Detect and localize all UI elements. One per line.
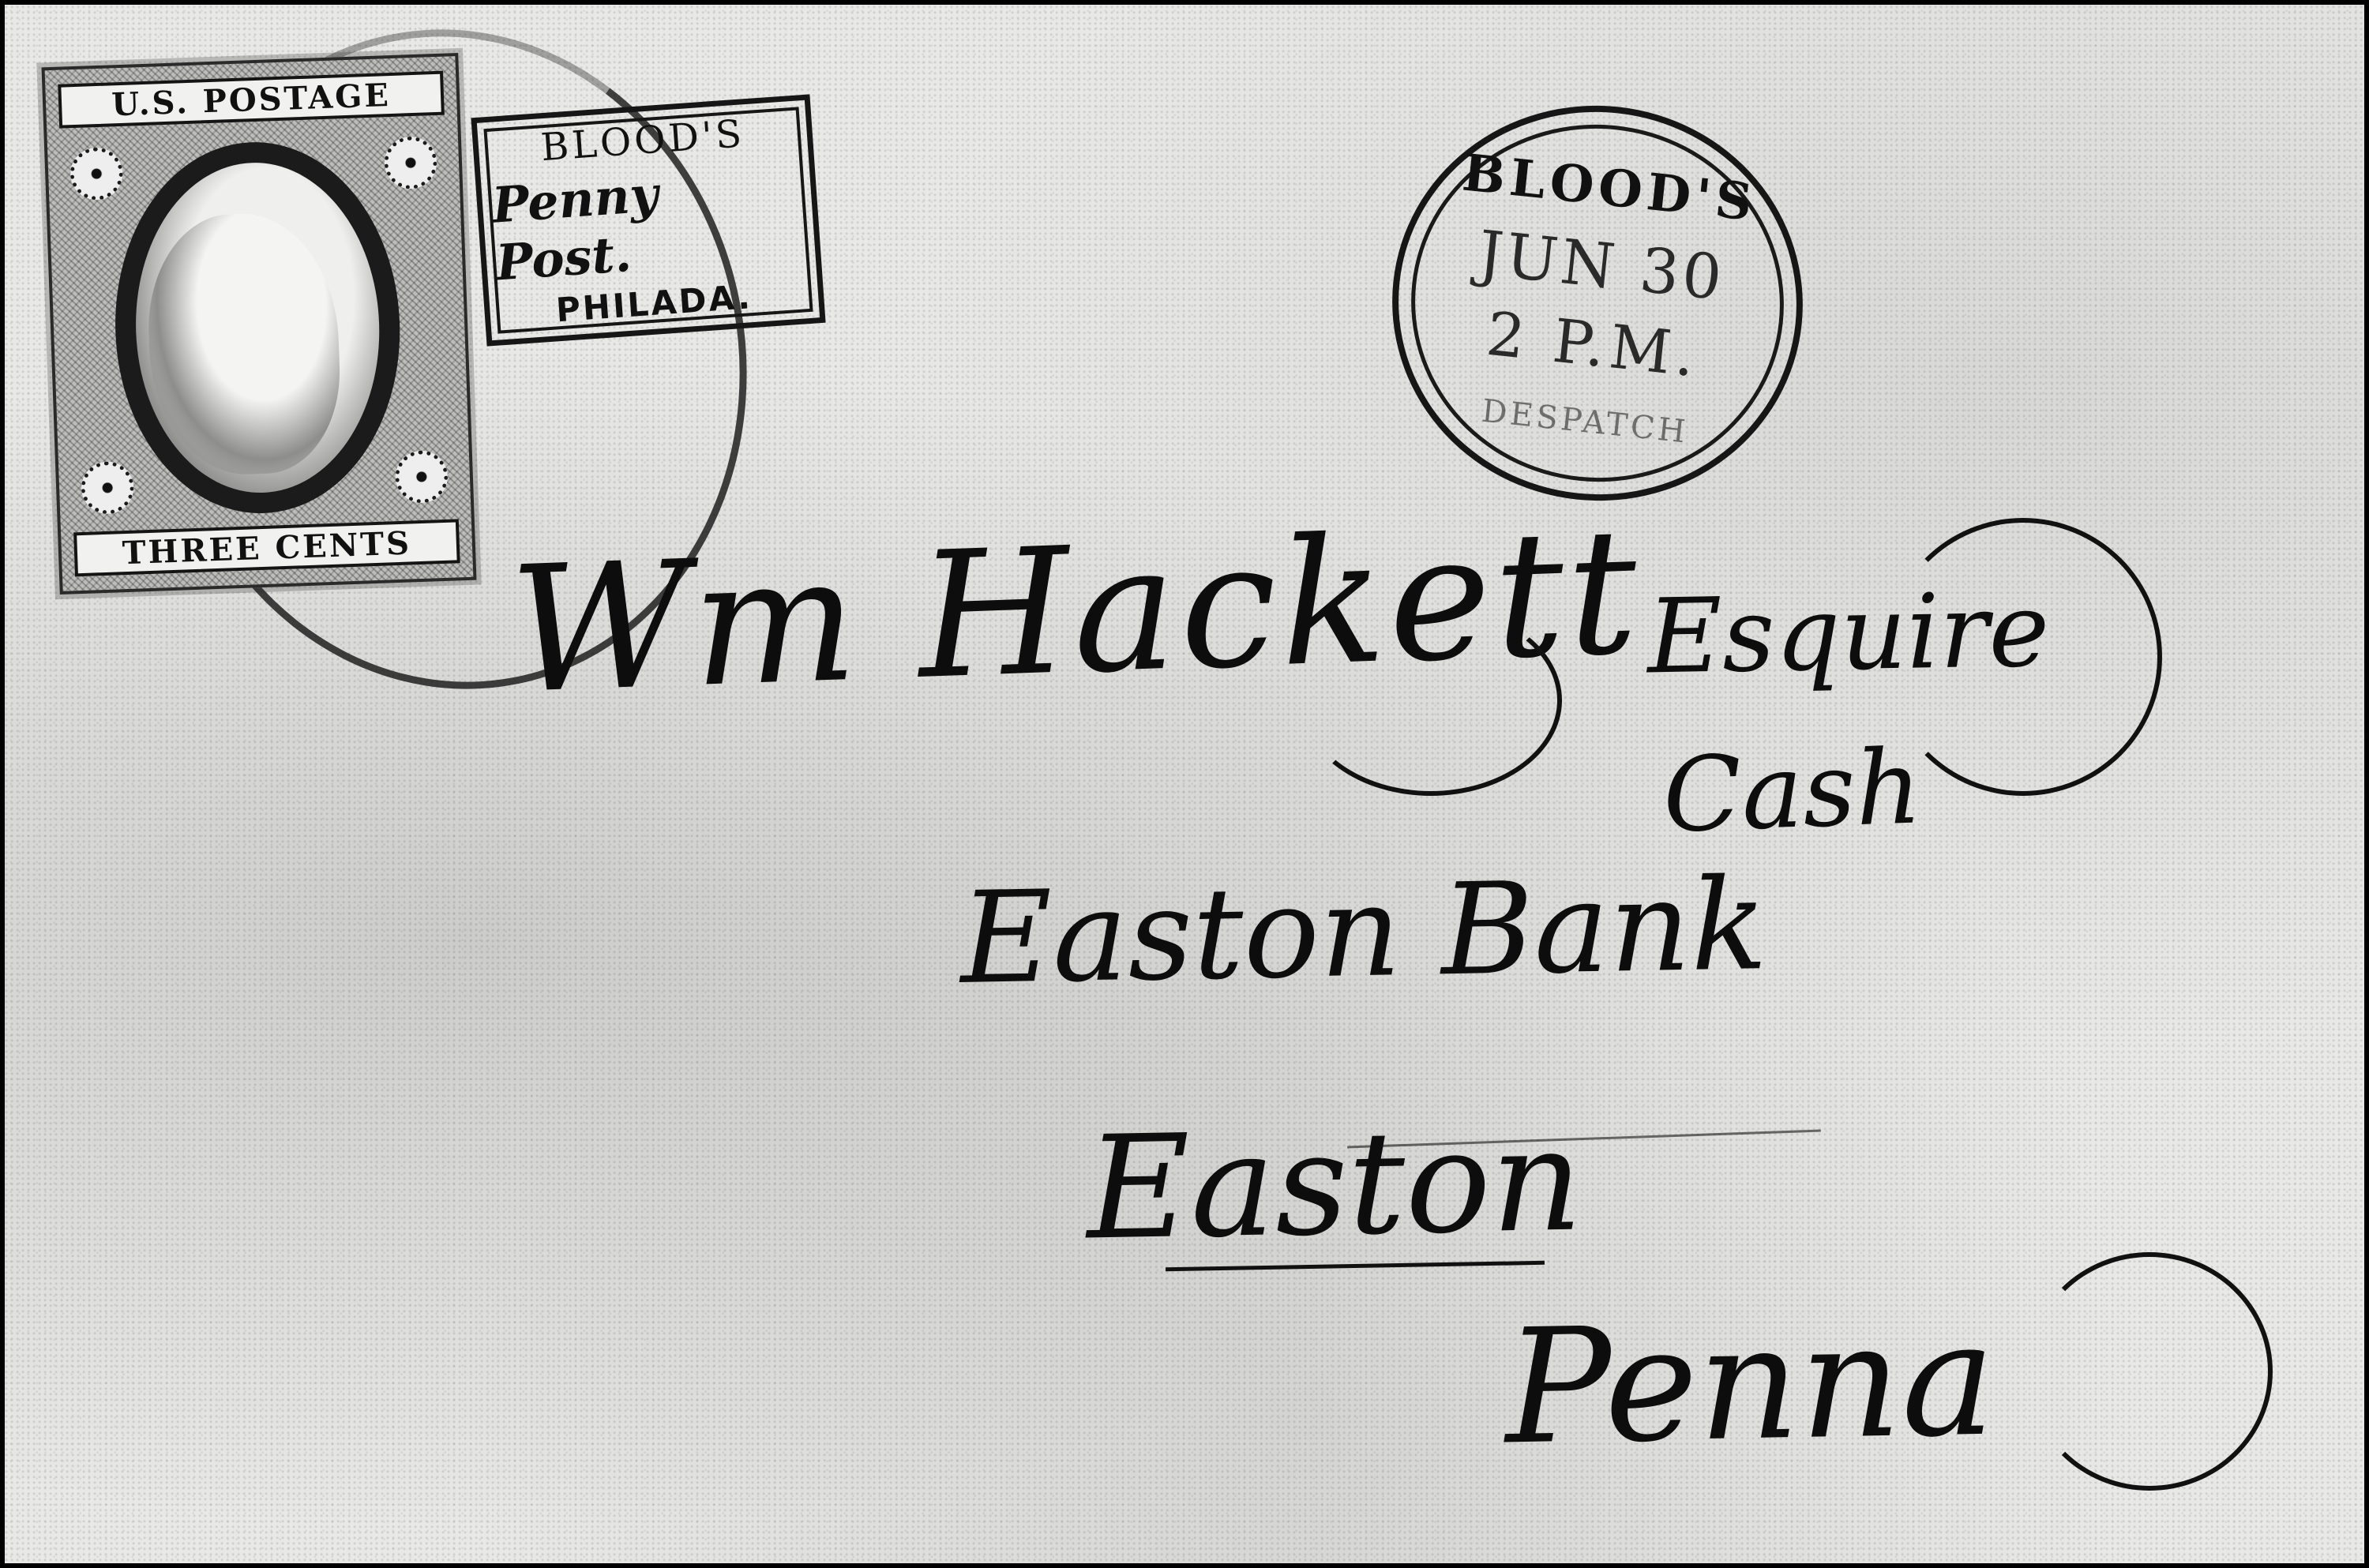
- flourish-icon: [1884, 518, 2162, 796]
- datestamp-bottom-text: DESPATCH: [1385, 383, 1785, 460]
- address-role: Cash: [1661, 726, 1924, 855]
- circular-datestamp: BLOOD'S JUN 30 2 P.M. DESPATCH: [1372, 85, 1822, 521]
- rosette-icon: [81, 461, 134, 515]
- address-city: Easton: [1085, 1098, 1583, 1272]
- handstamp-line-2: Penny Post.: [490, 155, 807, 291]
- flourish-icon: [2026, 1252, 2273, 1491]
- rosette-icon: [69, 147, 123, 201]
- stamp-top-label: U.S. POSTAGE: [58, 71, 445, 129]
- envelope-cover: U.S. POSTAGE THREE CENTS BLOOD'S Penny P…: [5, 5, 2364, 1563]
- flourish-icon: [1300, 605, 1562, 796]
- rosette-icon: [395, 450, 449, 504]
- address-state: Penna: [1504, 1288, 1997, 1480]
- postage-stamp: U.S. POSTAGE THREE CENTS: [42, 53, 477, 595]
- address-bank: Easton Bank: [959, 850, 1768, 1012]
- rosette-icon: [384, 136, 437, 189]
- penny-post-handstamp: BLOOD'S Penny Post. PHILADA.: [471, 94, 825, 346]
- handstamp-frame: BLOOD'S Penny Post. PHILADA.: [483, 107, 813, 333]
- stamp-bottom-label: THREE CENTS: [73, 519, 460, 576]
